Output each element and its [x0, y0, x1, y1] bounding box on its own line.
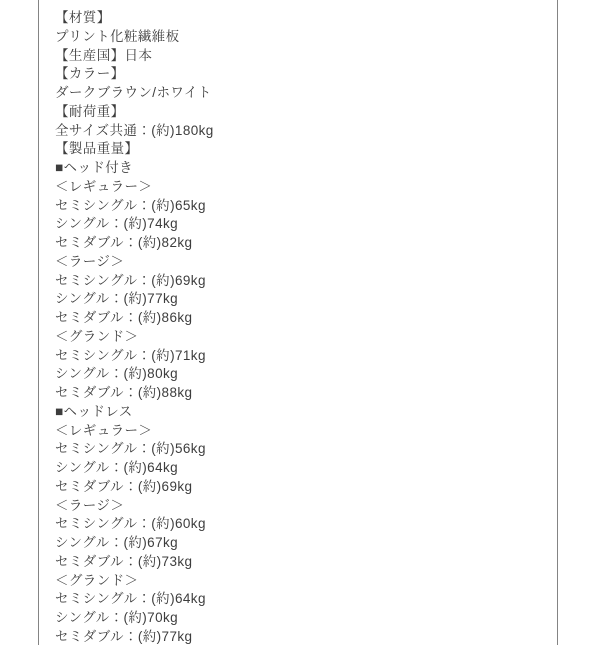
spec-weight-entry: シングル：(約)74kg: [55, 215, 557, 234]
spec-weight-entry: セミシングル：(約)69kg: [55, 272, 557, 291]
spec-heading-load-capacity: 【耐荷重】: [55, 103, 557, 122]
spec-weight-entry: セミダブル：(約)69kg: [55, 478, 557, 497]
spec-weight-entry: シングル：(約)77kg: [55, 290, 557, 309]
spec-weight-entry: シングル：(約)64kg: [55, 459, 557, 478]
spec-weight-entry: セミシングル：(約)60kg: [55, 515, 557, 534]
spec-heading-product-weight: 【製品重量】: [55, 140, 557, 159]
product-spec-panel: 【材質】 プリント化粧繊維板 【生産国】日本 【カラー】 ダークブラウン/ホワイ…: [38, 0, 558, 645]
spec-size-group-regular: ＜レギュラー＞: [55, 178, 557, 197]
spec-weight-entry: セミシングル：(約)65kg: [55, 197, 557, 216]
spec-size-group-regular: ＜レギュラー＞: [55, 422, 557, 441]
spec-weight-entry: セミシングル：(約)71kg: [55, 347, 557, 366]
spec-weight-entry: セミダブル：(約)88kg: [55, 384, 557, 403]
spec-weight-entry: シングル：(約)80kg: [55, 365, 557, 384]
spec-size-group-grand: ＜グランド＞: [55, 328, 557, 347]
spec-heading-country: 【生産国】日本: [55, 47, 557, 66]
spec-value-load-capacity: 全サイズ共通：(約)180kg: [55, 122, 557, 141]
spec-heading-color: 【カラー】: [55, 65, 557, 84]
spec-size-group-large: ＜ラージ＞: [55, 253, 557, 272]
spec-section-headless: ■ヘッドレス: [55, 403, 557, 422]
spec-section-with-headboard: ■ヘッド付き: [55, 159, 557, 178]
spec-weight-entry: シングル：(約)67kg: [55, 534, 557, 553]
spec-size-group-large: ＜ラージ＞: [55, 497, 557, 516]
spec-weight-entry: セミダブル：(約)77kg: [55, 628, 557, 645]
spec-weight-entry: セミシングル：(約)56kg: [55, 440, 557, 459]
spec-weight-entry: シングル：(約)70kg: [55, 609, 557, 628]
spec-size-group-grand: ＜グランド＞: [55, 572, 557, 591]
spec-value-color: ダークブラウン/ホワイト: [55, 84, 557, 103]
spec-value-material: プリント化粧繊維板: [55, 28, 557, 47]
spec-weight-entry: セミダブル：(約)86kg: [55, 309, 557, 328]
spec-weight-entry: セミダブル：(約)73kg: [55, 553, 557, 572]
spec-heading-material: 【材質】: [55, 9, 557, 28]
spec-weight-entry: セミダブル：(約)82kg: [55, 234, 557, 253]
spec-weight-entry: セミシングル：(約)64kg: [55, 590, 557, 609]
